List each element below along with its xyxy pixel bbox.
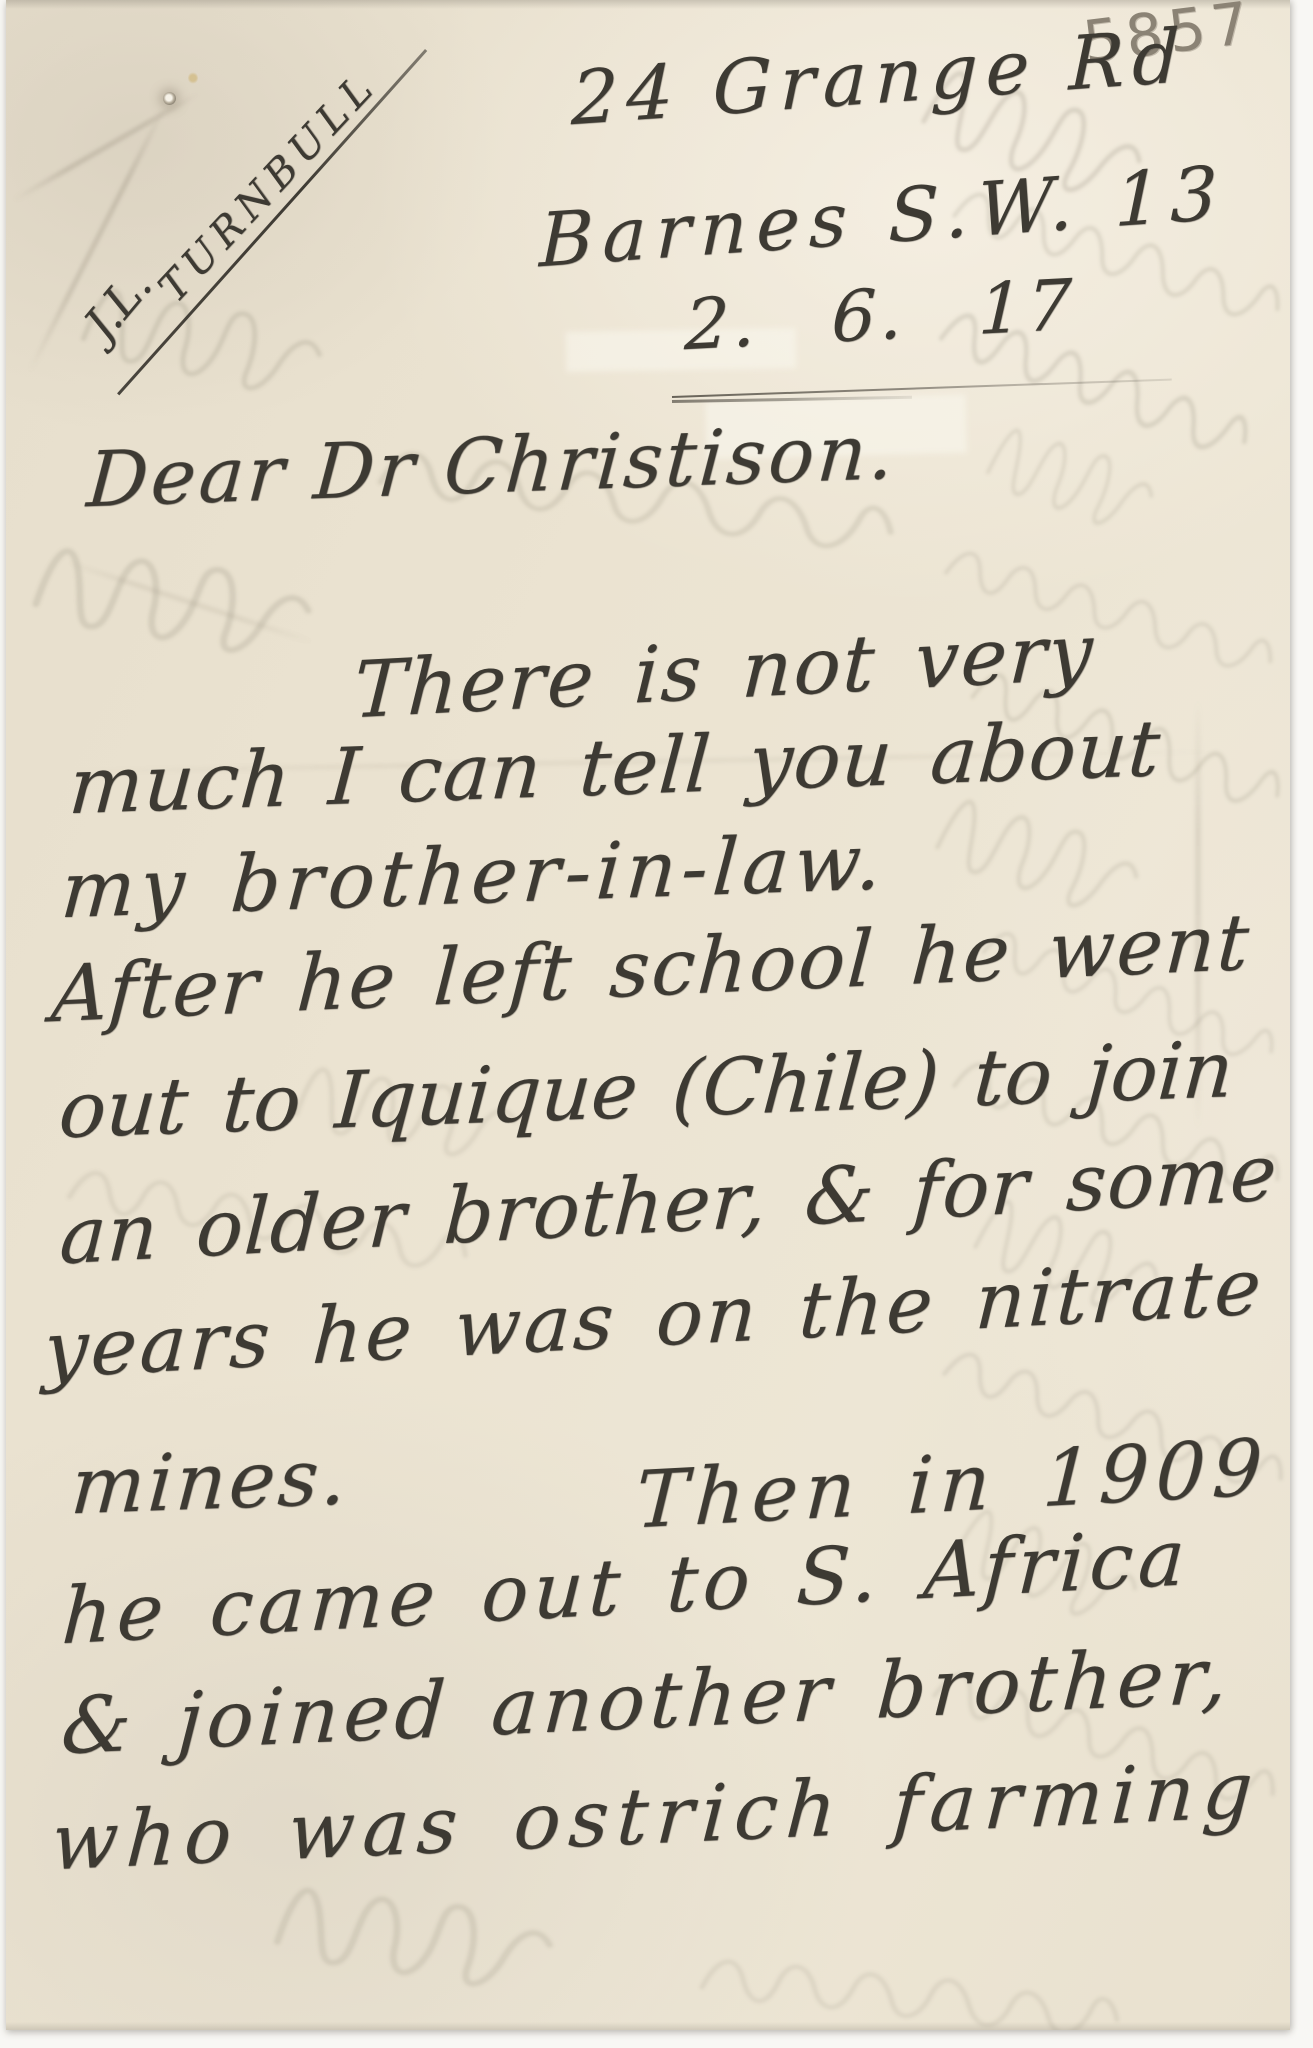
body-line-3: my brother-in-law. — [59, 823, 890, 930]
stain-spot — [188, 72, 198, 84]
letter-date: 2. 6. 17 — [684, 270, 1077, 361]
scanned-letter-page: 5857 J.L. TURNBULL 24 Grange Rd Barnes S… — [0, 0, 1313, 2048]
pinhole-mark — [163, 92, 176, 105]
body-line-10: he came out to S. Africa — [60, 1519, 1192, 1656]
body-line-2: much I can tell you about — [67, 710, 1164, 826]
address-line-2: Barnes S.W. 13 — [539, 156, 1227, 278]
body-line-12: who was ostrich farming — [49, 1751, 1262, 1882]
body-line-8: mines. — [69, 1438, 352, 1526]
letter-paper: 5857 J.L. TURNBULL 24 Grange Rd Barnes S… — [6, 0, 1290, 2030]
body-line-11: & joined another brother, — [59, 1637, 1234, 1766]
body-line-5: out to Iquique (Chile) to join — [57, 1031, 1236, 1150]
crease-line-left — [65, 560, 314, 644]
annotation-initials: J.L. — [76, 261, 159, 348]
address-line-1: 24 Grange Rd — [571, 19, 1189, 136]
crease-line-topleft — [13, 91, 201, 202]
salutation-line: Dear Dr Christison. — [85, 414, 899, 518]
